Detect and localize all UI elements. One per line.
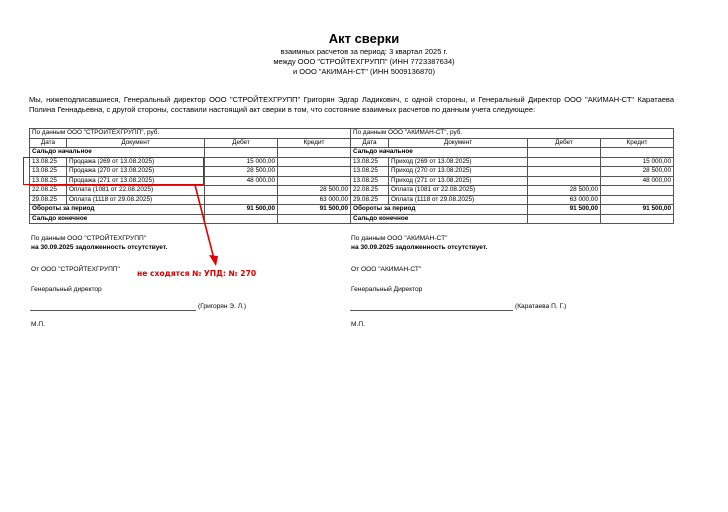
discrepancy-note: не сходятся № УПД: № 270 (137, 269, 256, 278)
arrow-icon (0, 0, 728, 512)
